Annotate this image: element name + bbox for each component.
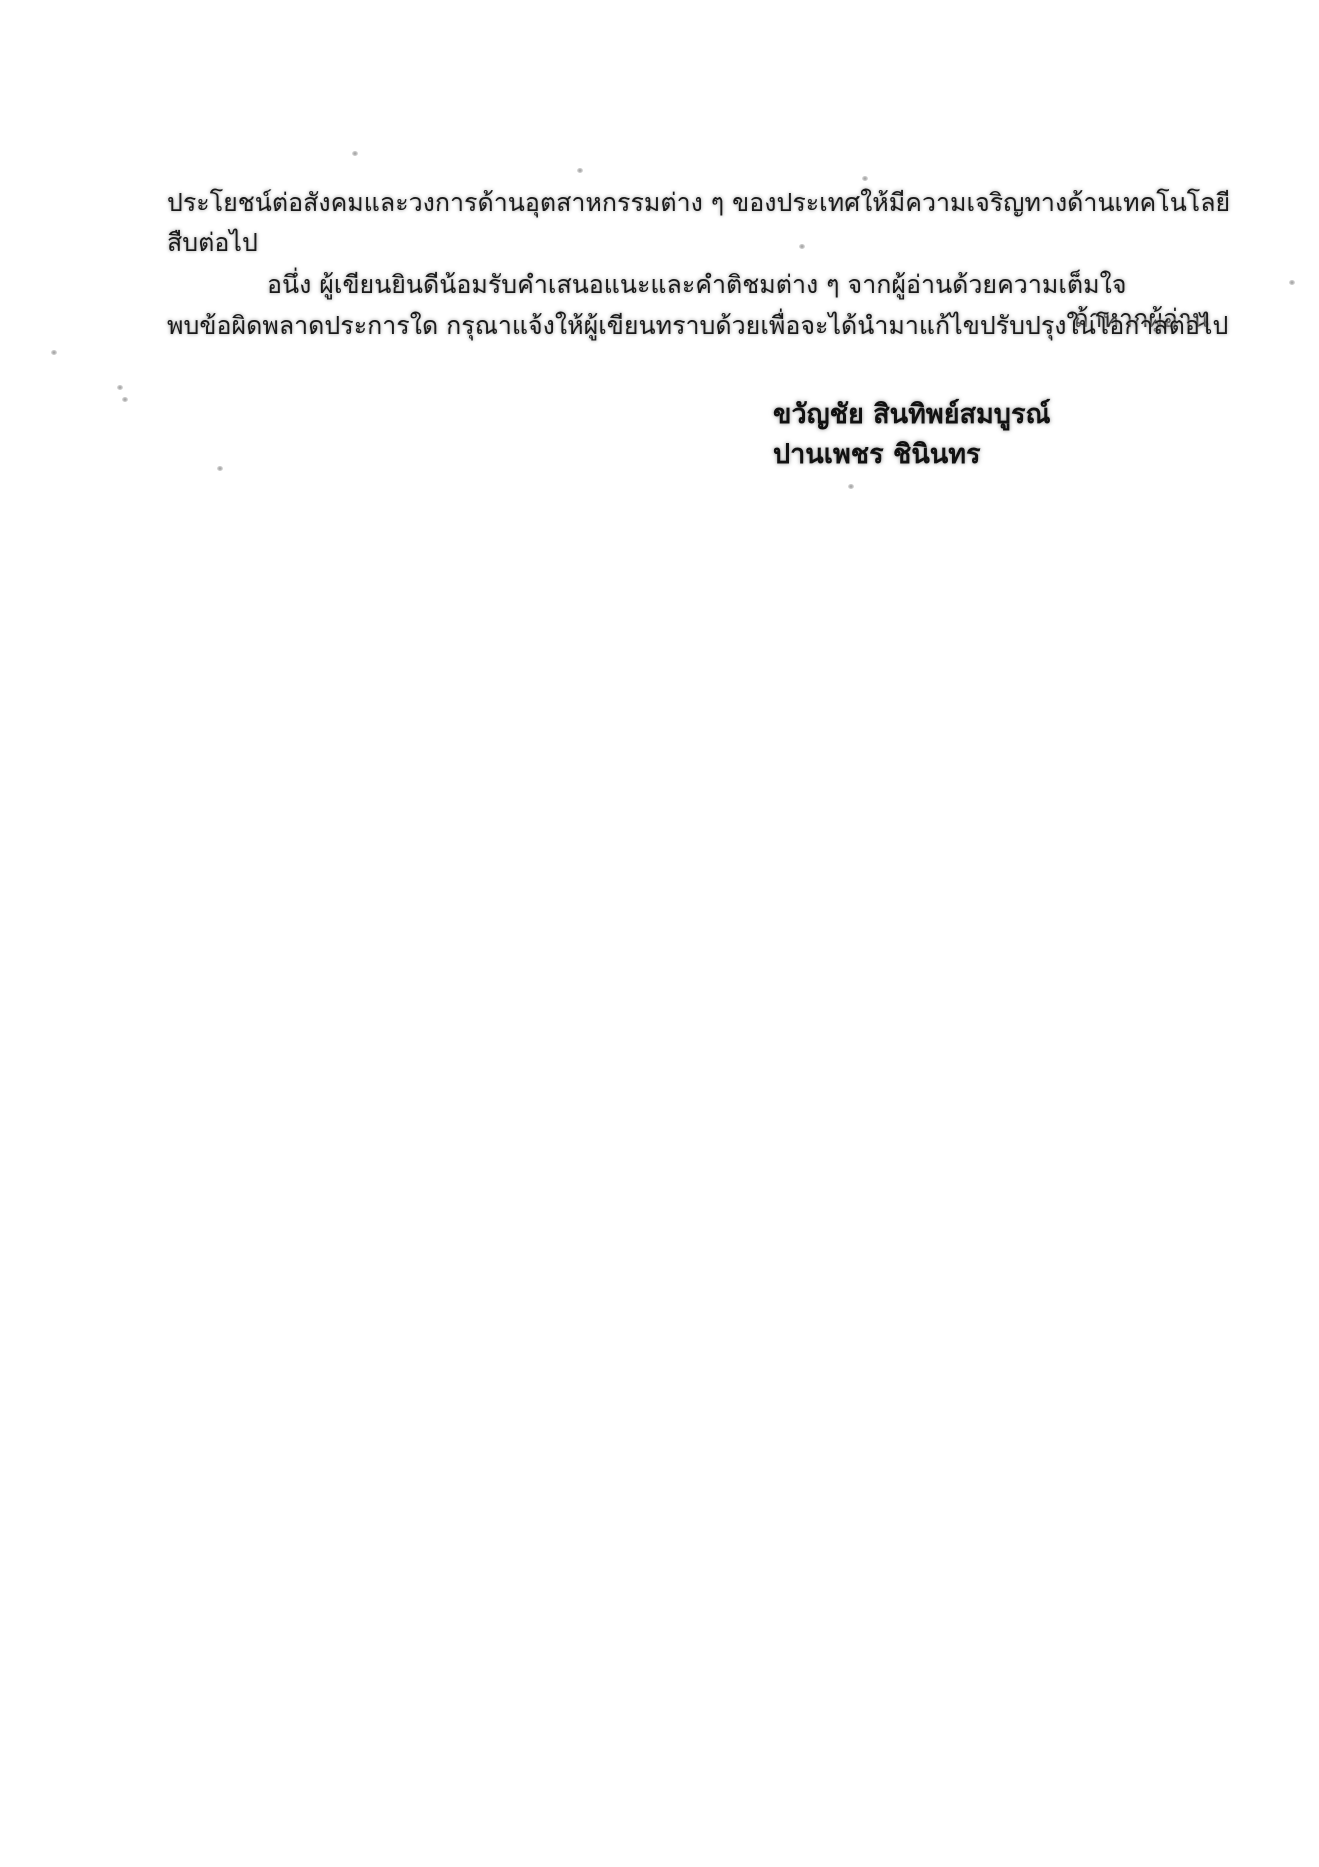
scan-speck <box>352 151 358 156</box>
scan-speck <box>1289 280 1295 285</box>
paragraph-1-line-1: ประโยชน์ต่อสังคมและวงการด้านอุตสาหกรรมต่… <box>167 186 1209 220</box>
scan-speck <box>799 244 805 249</box>
scan-speck <box>577 168 583 173</box>
paragraph-1-line-2: สืบต่อไป <box>167 226 258 260</box>
author-name-1: ขวัญชัย สินทิพย์สมบูรณ์ <box>773 395 1051 435</box>
paragraph-2-line-1: อนึ่ง ผู้เขียนยินดีน้อมรับคำเสนอแนะและคำ… <box>167 268 1209 302</box>
paragraph-2-line-2: พบข้อผิดพลาดประการใด กรุณาแจ้งให้ผู้เขีย… <box>167 309 1209 343</box>
scan-speck <box>848 484 854 489</box>
scan-speck <box>862 176 868 181</box>
paragraph-2-line-1-main: อนึ่ง ผู้เขียนยินดีน้อมรับคำเสนอแนะและคำ… <box>267 268 1126 302</box>
author-name-2: ปานเพชร ชินินทร <box>773 435 1051 475</box>
author-signatures: ขวัญชัย สินทิพย์สมบูรณ์ ปานเพชร ชินินทร <box>773 395 1051 475</box>
scan-speck <box>117 385 123 390</box>
scan-speck <box>51 350 57 355</box>
scan-speck <box>122 397 128 402</box>
scan-speck <box>217 466 223 471</box>
document-page: ประโยชน์ต่อสังคมและวงการด้านอุตสาหกรรมต่… <box>0 0 1319 1867</box>
